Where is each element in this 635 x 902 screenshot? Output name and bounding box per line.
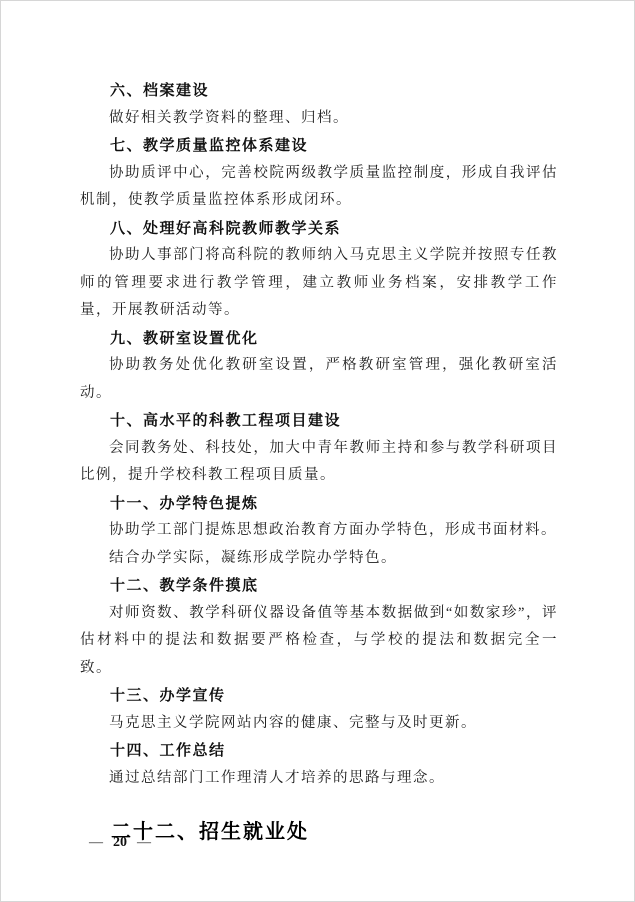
section-heading: 十、高水平的科教工程项目建设 [80, 407, 558, 435]
page-number-value: 20 [113, 835, 127, 850]
doc-section-11: 十一、办学特色提炼 协助学工部门提炼思想政治教育方面办学特色，形成书面材料。 结… [80, 490, 558, 573]
document-content: 六、档案建设 做好相关教学资料的整理、归档。 七、教学质量监控体系建设 协助质评… [80, 77, 558, 846]
section-paragraph: 通过总结部门工作理清人才培养的思路与理念。 [80, 765, 558, 793]
section-heading: 七、教学质量监控体系建设 [80, 132, 558, 160]
doc-section-10: 十、高水平的科教工程项目建设 会同教务处、科技处，加大中青年教师主持和参与教学科… [80, 407, 558, 490]
next-chapter-title: 二十二、招生就业处 [80, 818, 558, 846]
section-paragraph: 协助质评中心，完善校院两级教学质量监控制度，形成自我评估机制，使教学质量监控体系… [80, 160, 558, 215]
doc-section-9: 九、教研室设置优化 协助教务处优化教研室设置，严格教研室管理，强化教研室活动。 [80, 325, 558, 408]
section-heading: 十三、办学宣传 [80, 682, 558, 710]
doc-section-8: 八、处理好高科院教师教学关系 协助人事部门将高科院的教师纳入马克思主义学院并按照… [80, 215, 558, 325]
section-heading: 十四、工作总结 [80, 737, 558, 765]
doc-section-14: 十四、工作总结 通过总结部门工作理清人才培养的思路与理念。 [80, 737, 558, 792]
page-number: —20— [89, 835, 151, 851]
doc-section-7: 七、教学质量监控体系建设 协助质评中心，完善校院两级教学质量监控制度，形成自我评… [80, 132, 558, 215]
doc-section-13: 十三、办学宣传 马克思主义学院网站内容的健康、完整与及时更新。 [80, 682, 558, 737]
section-heading: 八、处理好高科院教师教学关系 [80, 215, 558, 243]
document-page: 六、档案建设 做好相关教学资料的整理、归档。 七、教学质量监控体系建设 协助质评… [0, 0, 635, 902]
section-paragraph: 做好相关教学资料的整理、归档。 [80, 105, 558, 133]
section-heading: 十一、办学特色提炼 [80, 490, 558, 518]
section-paragraph: 协助学工部门提炼思想政治教育方面办学特色，形成书面材料。 [80, 517, 558, 545]
section-paragraph: 协助教务处优化教研室设置，严格教研室管理，强化教研室活动。 [80, 352, 558, 407]
page-number-dash-right: — [137, 835, 151, 850]
section-paragraph: 马克思主义学院网站内容的健康、完整与及时更新。 [80, 710, 558, 738]
section-heading: 六、档案建设 [80, 77, 558, 105]
doc-section-12: 十二、教学条件摸底 对师资数、教学科研仪器设备值等基本数据做到“如数家珍”，评估… [80, 572, 558, 682]
doc-section-6: 六、档案建设 做好相关教学资料的整理、归档。 [80, 77, 558, 132]
section-paragraph: 协助人事部门将高科院的教师纳入马克思主义学院并按照专任教师的管理要求进行教学管理… [80, 242, 558, 325]
section-heading: 九、教研室设置优化 [80, 325, 558, 353]
section-paragraph: 对师资数、教学科研仪器设备值等基本数据做到“如数家珍”，评估材料中的提法和数据要… [80, 600, 558, 683]
section-heading: 十二、教学条件摸底 [80, 572, 558, 600]
section-paragraph: 结合办学实际，凝练形成学院办学特色。 [80, 545, 558, 573]
page-number-dash-left: — [89, 835, 103, 850]
section-paragraph: 会同教务处、科技处，加大中青年教师主持和参与教学科研项目比例，提升学校科教工程项… [80, 435, 558, 490]
